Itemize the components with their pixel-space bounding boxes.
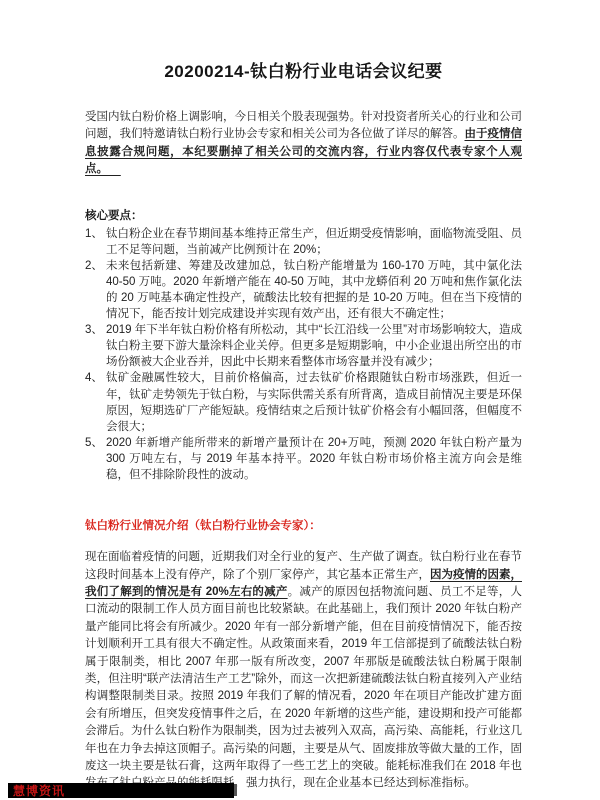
key-points-heading: 核心要点：	[85, 208, 522, 224]
section-body-text-after: 。减产的原因包括物流问题、员工不足等，人口流动的限制工作人员方面目前也比较紧缺。…	[85, 586, 522, 789]
key-point-item: 1、 钛白粉企业在春节期间基本维持正常生产，但近期受疫情影响，面临物流受阻、员工…	[85, 226, 522, 258]
page-title: 20200214-钛白粉行业电话会议纪要	[85, 57, 522, 82]
key-point-item: 3、 2019 年下半年钛白粉价格有所松动，其中“长江沿线一公里”对市场影响较大…	[85, 322, 522, 370]
key-point-number: 2、	[85, 258, 106, 322]
intro-text: 受国内钛白粉价格上调影响，今日相关个股表现强势。针对投资者所关心的行业和公司问题…	[85, 111, 522, 140]
key-point-text: 钛白粉企业在春节期间基本维持正常生产，但近期受疫情影响，面临物流受阻、员工不足等…	[106, 226, 522, 258]
key-point-number: 1、	[85, 226, 106, 258]
key-point-item: 2、 未来包括新建、筹建及改建加总，钛白粉产能增量为 160-170 万吨，其中…	[85, 258, 522, 322]
key-point-number: 3、	[85, 322, 106, 370]
key-point-item: 5、 2020 年新增产能所带来的新增产量预计在 20+万吨，预测 2020 年…	[85, 435, 522, 483]
key-point-text: 未来包括新建、筹建及改建加总，钛白粉产能增量为 160-170 万吨，其中氯化法…	[106, 258, 522, 322]
document-page: 20200214-钛白粉行业电话会议纪要 受国内钛白粉价格上调影响，今日相关个股…	[85, 0, 522, 793]
intro-paragraph: 受国内钛白粉价格上调影响，今日相关个股表现强势。针对投资者所关心的行业和公司问题…	[85, 109, 522, 179]
key-point-text: 2020 年新增产能所带来的新增产量预计在 20+万吨，预测 2020 年钛白粉…	[106, 435, 522, 483]
watermark-bar: 慧博资讯	[8, 783, 234, 798]
key-point-number: 5、	[85, 435, 106, 483]
key-point-text: 2019 年下半年钛白粉价格有所松动，其中“长江沿线一公里”对市场影响较大，造成…	[106, 322, 522, 370]
key-point-text: 钛矿金融属性较大，目前价格偏高，过去钛矿价格跟随钛白粉市场涨跌，但近一年，钛矿走…	[106, 370, 522, 434]
key-point-number: 4、	[85, 370, 106, 434]
watermark-label: 慧博资讯	[8, 785, 65, 797]
watermark-notch	[234, 784, 237, 796]
key-point-item: 4、 钛矿金融属性较大，目前价格偏高，过去钛矿价格跟随钛白粉市场涨跌，但近一年，…	[85, 370, 522, 434]
section-body-paragraph: 现在面临着疫情的问题，近期我们对全行业的复产、生产做了调查。钛白粉行业在春节这段…	[85, 549, 522, 793]
section-heading: 钛白粉行业情况介绍（钛白粉行业协会专家）：	[85, 518, 522, 534]
key-points-list: 1、 钛白粉企业在春节期间基本维持正常生产，但近期受疫情影响，面临物流受阻、员工…	[85, 226, 522, 484]
